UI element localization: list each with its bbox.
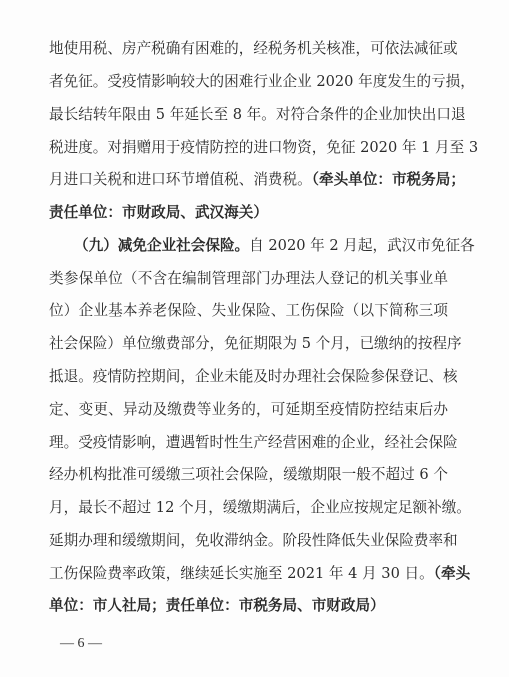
text-line: 月进口关税和进口环节增值税、消费税。（牵头单位：市税务局； [49,169,448,191]
document-page: 地使用税、房产税确有困难的，经税务机关核准，可依法减征或 者免征。受疫情影响较大… [0,0,509,677]
text-segment: 延期办理和缓缴期间，免收滞纳金。阶段性降低失业保险费率和 [49,532,458,549]
lead-unit-note: （牵头单位：市税务局； [312,171,465,188]
text-segment: 经办机构批准可缓缴三项社会保险，缓缴期限一般不超过 6 个 [49,466,448,483]
text-segment: 类参保单位（不含在编制管理部门办理法人登记的机关事业单 [49,270,448,287]
text-segment: 最长结转年限由 5 年延长至 8 年。对符合条件的企业加快出口退 [49,106,466,123]
text-line: 单位：市人社局；责任单位：市税务局、市财政局） [49,595,448,617]
text-segment: 自 2020 年 2 月起，武汉市免征各 [249,237,475,254]
text-segment: 位）企业基本养老保险、失业保险、工伤保险（以下简称三项 [49,302,448,319]
responsible-unit-note: 责任单位：市财政局、武汉海关） [49,204,268,221]
text-line: 责任单位：市财政局、武汉海关） [49,202,448,224]
text-line: 月，最长不超过 12 个月，缓缴期满后，企业应按规定足额补缴。 [49,497,448,519]
text-segment: 定、变更、异动及缴费等业务的，可延期至疫情防控结束后办 [49,401,448,418]
text-line: 者免征。受疫情影响较大的困难行业企业 2020 年度发生的亏损， [49,71,448,93]
text-segment: 者免征。受疫情影响较大的困难行业企业 2020 年度发生的亏损， [49,73,475,90]
section-9-heading: （九）减免企业社会保险。 [74,237,249,254]
text-segment: 抵退。疫情防控期间，企业未能及时办理社会保险参保登记、核 [49,368,458,385]
text-line: 税进度。对捐赠用于疫情防控的进口物资，免征 2020 年 1 月至 3 [49,137,448,159]
text-line: 理。受疫情影响，遭遇暂时性生产经营困难的企业，经社会保险 [49,432,448,454]
text-line: 类参保单位（不含在编制管理部门办理法人登记的机关事业单 [49,268,448,290]
text-segment: 理。受疫情影响，遭遇暂时性生产经营困难的企业，经社会保险 [49,434,458,451]
text-segment: 月进口关税和进口环节增值税、消费税。 [49,171,312,188]
page-number: — 6 — [60,634,102,654]
text-line: 定、变更、异动及缴费等业务的，可延期至疫情防控结束后办 [49,399,448,421]
text-line: 位）企业基本养老保险、失业保险、工伤保险（以下简称三项 [49,300,448,322]
responsible-unit-note: 单位：市人社局；责任单位：市税务局、市财政局） [49,597,385,614]
text-line: 最长结转年限由 5 年延长至 8 年。对符合条件的企业加快出口退 [49,104,448,126]
text-line: 地使用税、房产税确有困难的，经税务机关核准，可依法减征或 [49,38,448,60]
text-line: 经办机构批准可缓缴三项社会保险，缓缴期限一般不超过 6 个 [49,464,448,486]
text-line: 社会保险）单位缴费部分，免征期限为 5 个月，已缴纳的按程序 [49,333,448,355]
lead-unit-note: （牵头 [434,565,470,582]
text-line: 延期办理和缓缴期间，免收滞纳金。阶段性降低失业保险费率和 [49,530,448,552]
text-segment: 工伤保险费率政策，继续延长实施至 2021 年 4 月 30 日。 [49,565,434,582]
text-segment: 月，最长不超过 12 个月，缓缴期满后，企业应按规定足额补缴。 [49,499,471,516]
text-line: 抵退。疫情防控期间，企业未能及时办理社会保险参保登记、核 [49,366,448,388]
text-segment: 社会保险）单位缴费部分，免征期限为 5 个月，已缴纳的按程序 [49,335,462,352]
text-line: 工伤保险费率政策，继续延长实施至 2021 年 4 月 30 日。（牵头 [49,563,448,585]
section-heading-line: （九）减免企业社会保险。自 2020 年 2 月起，武汉市免征各 [74,235,448,257]
text-segment: 税进度。对捐赠用于疫情防控的进口物资，免征 2020 年 1 月至 3 [49,139,478,156]
text-segment: 地使用税、房产税确有困难的，经税务机关核准，可依法减征或 [49,40,458,57]
